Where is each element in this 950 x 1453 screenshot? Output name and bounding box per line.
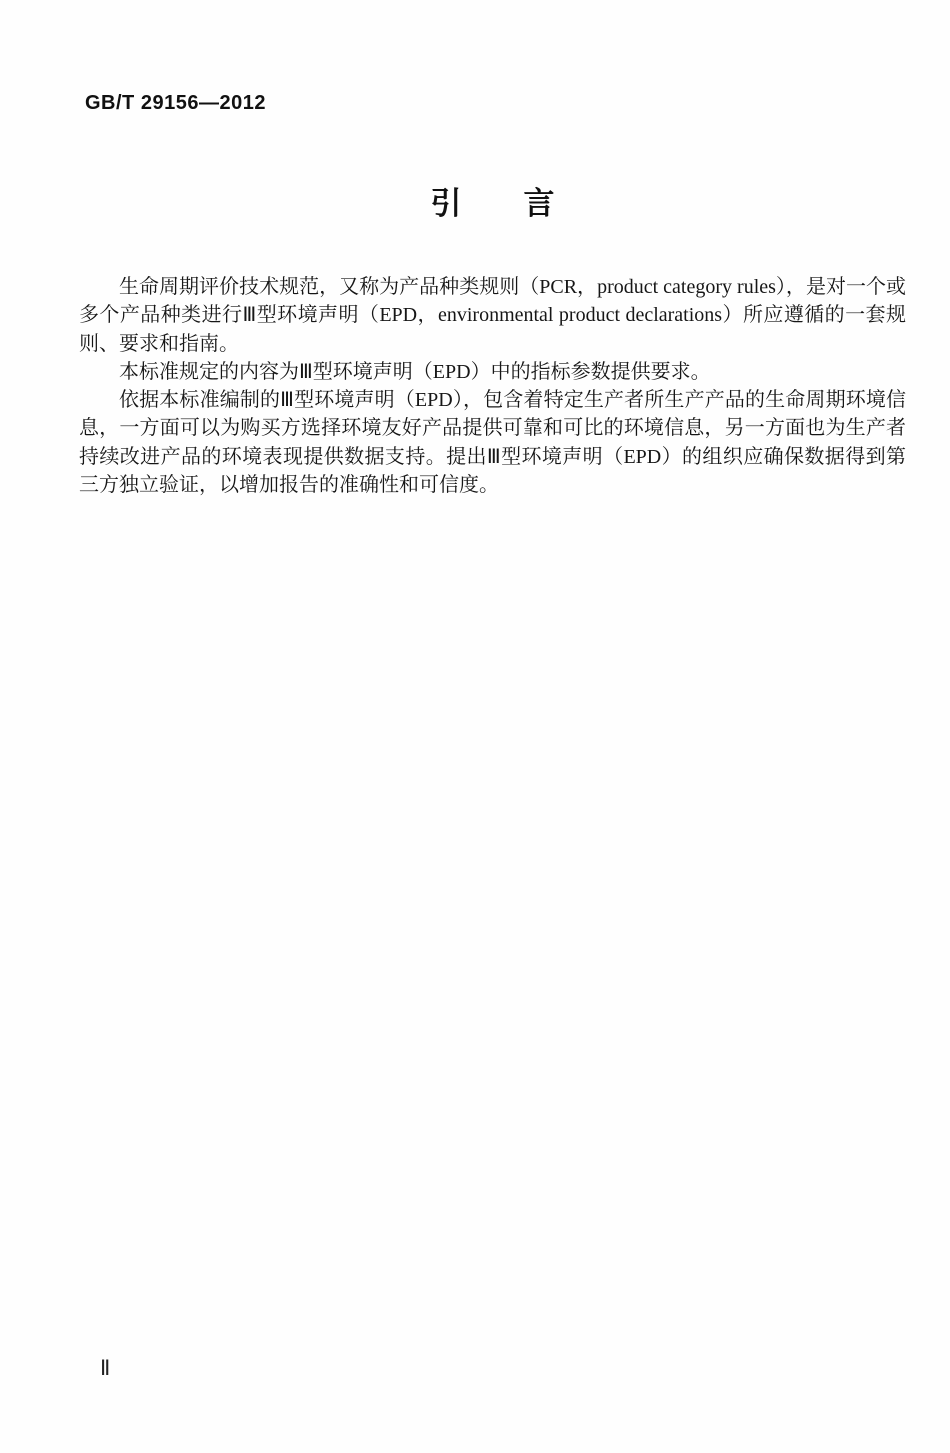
document-page: GB/T 29156—2012 引 言 生命周期评价技术规范，又称为产品种类规则… [0, 0, 950, 1453]
page-title: 引 言 [79, 178, 906, 223]
introduction-body: 生命周期评价技术规范，又称为产品种类规则（PCR，product categor… [79, 273, 906, 499]
paragraph-2: 本标准规定的内容为Ⅲ型环境声明（EPD）中的指标参数提供要求。 [79, 358, 906, 386]
paragraph-3: 依据本标准编制的Ⅲ型环境声明（EPD），包含着特定生产者所生产产品的生命周期环境… [79, 386, 906, 499]
standard-number: GB/T 29156—2012 [85, 92, 266, 115]
page-number: Ⅱ [100, 1356, 110, 1381]
paragraph-1: 生命周期评价技术规范，又称为产品种类规则（PCR，product categor… [79, 273, 906, 358]
